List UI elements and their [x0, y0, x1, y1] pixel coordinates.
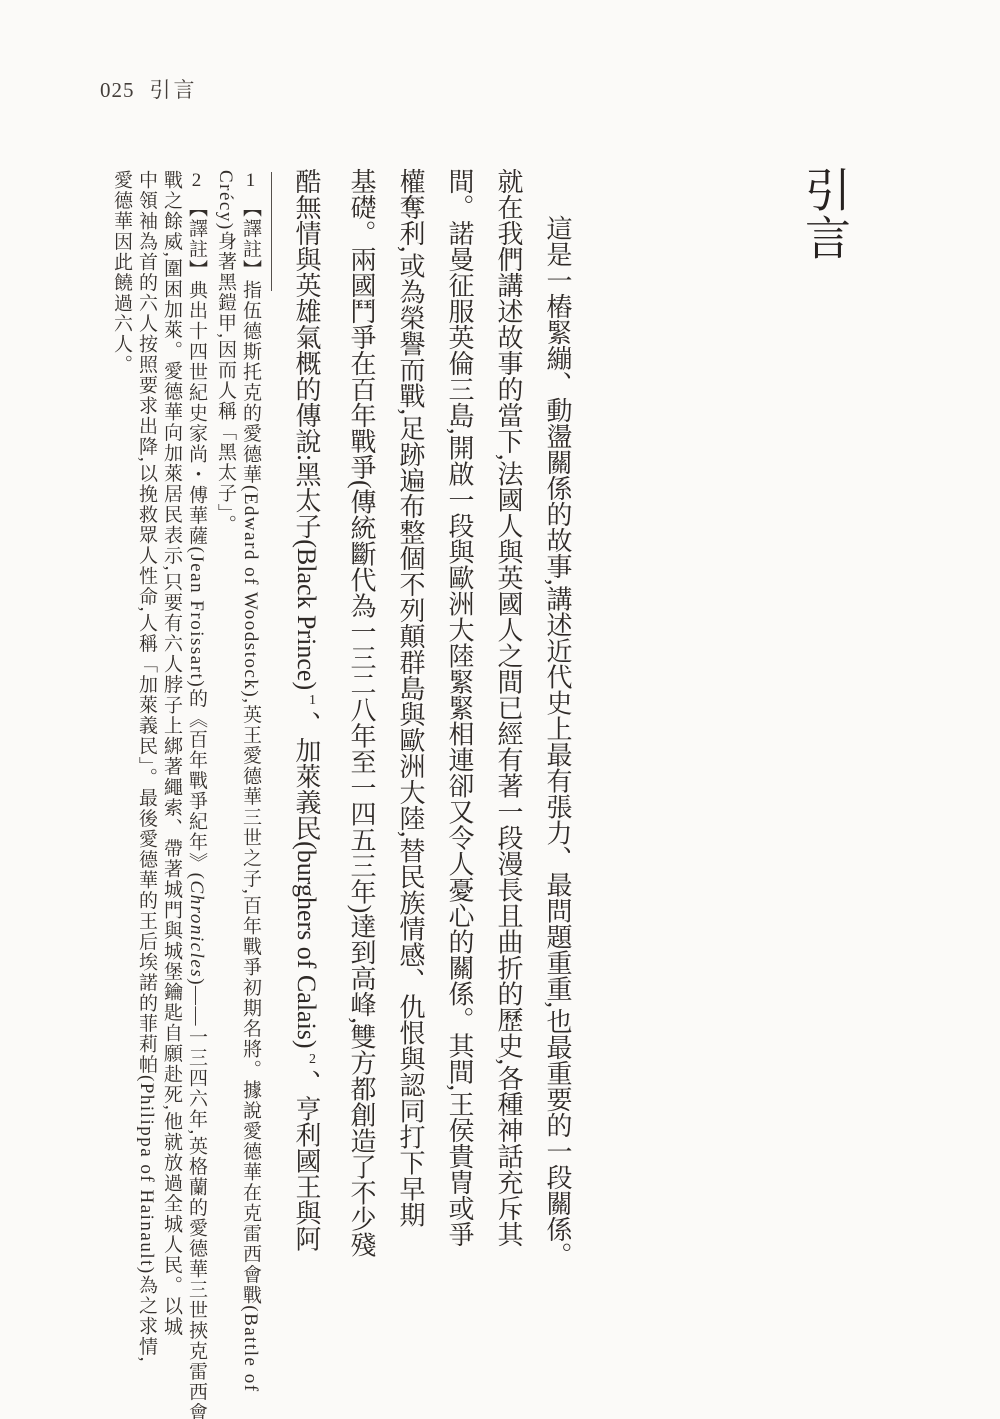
text-column: 中領袖為首的六人按照要求出降,以挽救眾人性命,人稱「加萊義民」。最後愛德華的王后… [134, 170, 159, 1325]
text-run: 戰之餘威,圍困加萊。愛德華向加萊居民表示,只要有六人脖子上綁著繩索、帶著城門與城… [161, 170, 182, 1337]
text-run: 愛德華因此饒過六人。 [111, 170, 132, 375]
italic-text-run: Chronicles [186, 881, 207, 979]
text-column: 基礎。兩國鬥爭在百年戰爭(傳統斷代為一三二八年至一四五三年)達到高峰,雙方都創造… [337, 168, 386, 1316]
text-run: 中領袖為首的六人按照要求出降,以挽救眾人性命,人稱「加萊義民」。最後愛德華的王后… [136, 170, 157, 1363]
main-text: 這是一樁緊繃、動盪關係的故事,講述近代史上最有張力、最問題重重,也最重要的一段關… [282, 168, 582, 1316]
text-run: 就在我們講述故事的當下,法國人與英國人之間已經有著一段漫長且曲折的歷史,各種神話… [494, 168, 523, 1247]
text-run: Crécy)身著黑鎧甲,因而人稱「黑太子」。 [215, 170, 236, 535]
text-run: 【譯註】指伍德斯托克的愛德華(Edward of Woodstock),英王愛德… [240, 198, 261, 1393]
text-run: 【譯註】典出十四世紀史家尚・傅華薩(Jean Froissart)的《百年戰爭紀… [186, 198, 207, 881]
text-column: 愛德華因此饒過六人。 [109, 170, 134, 1325]
text-column: 就在我們講述故事的當下,法國人與英國人之間已經有著一段漫長且曲折的歷史,各種神話… [484, 168, 533, 1316]
text-run: )——一三四六年,英格蘭的愛德華三世挾克雷西會 [186, 978, 207, 1419]
text-column: 權奪利,或為榮譽而戰,足跡遍布整個不列顛群島與歐洲大陸,替民族情感、仇恨與認同打… [386, 168, 435, 1316]
text-column: Crécy)身著黑鎧甲,因而人稱「黑太子」。 [213, 170, 238, 1325]
text-column: 2【譯註】典出十四世紀史家尚・傅華薩(Jean Froissart)的《百年戰爭… [184, 170, 209, 1325]
text-column: 戰之餘威,圍困加萊。愛德華向加萊居民表示,只要有六人脖子上綁著繩索、帶著城門與城… [159, 170, 184, 1325]
footnote-number: 1 [240, 170, 261, 191]
chapter-title: 引言 [798, 166, 850, 262]
text-column: 1【譯註】指伍德斯托克的愛德華(Edward of Woodstock),英王愛… [238, 170, 263, 1325]
text-column: 酷無情與英雄氣概的傳說:黑太子(Black Prince)1、加萊義民(burg… [282, 168, 337, 1316]
text-run: 、亨利國王與阿 [292, 1070, 321, 1252]
footnote-2: 2【譯註】典出十四世紀史家尚・傅華薩(Jean Froissart)的《百年戰爭… [109, 170, 209, 1325]
footnotes: 1【譯註】指伍德斯托克的愛德華(Edward of Woodstock),英王愛… [109, 170, 263, 1325]
footnote-number: 2 [186, 170, 207, 191]
footnote-ref: 2 [305, 1052, 320, 1067]
text-run: 這是一樁緊繃、動盪關係的故事,講述近代史上最有張力、最問題重重,也最重要的一段關… [543, 215, 572, 1268]
running-header: 025引言 [100, 74, 198, 104]
book-page: 025引言 引言 這是一樁緊繃、動盪關係的故事,講述近代史上最有張力、最問題重重… [0, 0, 1000, 1419]
page-number: 025 [100, 78, 135, 102]
running-header-title: 引言 [150, 78, 198, 102]
footnote-ref: 1 [305, 693, 320, 708]
text-run: 間。諾曼征服英倫三島,開啟一段與歐洲大陸緊緊相連卻又令人憂心的關係。其間,王侯貴… [445, 168, 474, 1247]
text-run: 基礎。兩國鬥爭在百年戰爭(傳統斷代為一三二八年至一四五三年)達到高峰,雙方都創造… [347, 168, 376, 1258]
text-run: 、加萊義民(burghers of Calais) [292, 711, 321, 1048]
text-run: 權奪利,或為榮譽而戰,足跡遍布整個不列顛群島與歐洲大陸,替民族情感、仇恨與認同打… [396, 168, 425, 1228]
text-run: 酷無情與英雄氣概的傳說:黑太子(Black Prince) [292, 168, 321, 690]
text-column: 間。諾曼征服英倫三島,開啟一段與歐洲大陸緊緊相連卻又令人憂心的關係。其間,王侯貴… [435, 168, 484, 1316]
footnote-1: 1【譯註】指伍德斯托克的愛德華(Edward of Woodstock),英王愛… [213, 170, 263, 1325]
text-column: 這是一樁緊繃、動盪關係的故事,講述近代史上最有張力、最問題重重,也最重要的一段關… [533, 168, 582, 1316]
footnote-separator [271, 172, 272, 291]
